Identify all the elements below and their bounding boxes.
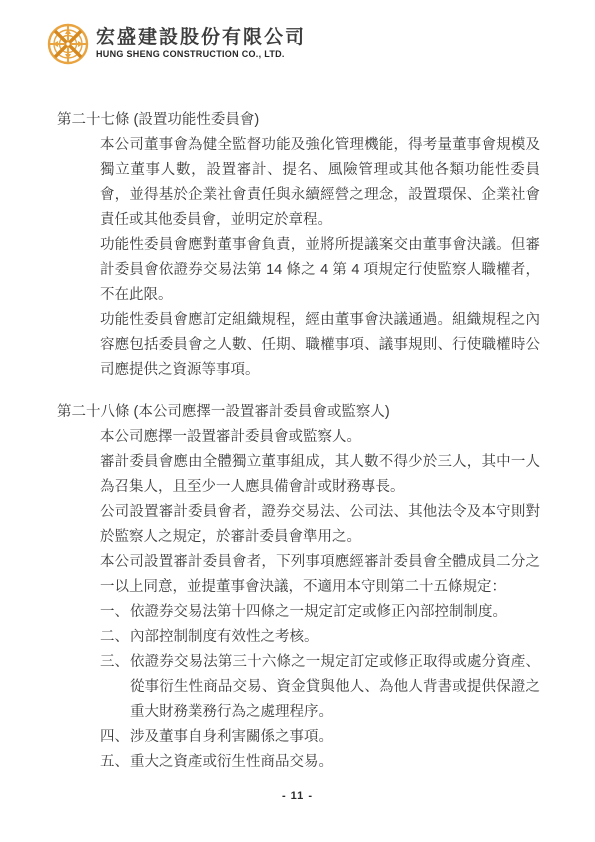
article-28-body: 本公司應擇一設置審計委員會或監察人。 審計委員會應由全體獨立董事組成，其人數不得… (100, 425, 540, 775)
article-paragraph: 本公司董事會為健全監督功能及強化管理機能，得考量董事會規模及獨立董事人數，設置審… (100, 133, 540, 233)
article-paragraph: 功能性委員會應訂定組織規程，經由董事會決議通過。組織規程之內容應包括委員會之人數… (100, 308, 540, 383)
company-logo-icon (47, 23, 89, 65)
article-28-numbered-list: 一、 依證券交易法第十四條之一規定訂定或修正內部控制制度。 二、 內部控制制度有… (100, 600, 540, 775)
list-item: 五、 重大之資產或衍生性商品交易。 (100, 750, 540, 775)
company-name-english: HUNG SHENG CONSTRUCTION CO., LTD. (96, 49, 306, 60)
list-item-marker: 五、 (100, 750, 130, 775)
list-item-text: 重大之資產或衍生性商品交易。 (130, 750, 540, 775)
list-item-text: 涉及董事自身利害關係之事項。 (130, 725, 540, 750)
list-item-marker: 二、 (100, 625, 130, 650)
article-paragraph: 本公司應擇一設置審計委員會或監察人。 (100, 425, 540, 450)
page-number: - 11 - (282, 790, 313, 802)
page-footer: - 11 - (0, 786, 595, 804)
list-item-text: 內部控制制度有效性之考核。 (130, 625, 540, 650)
article-paragraph: 功能性委員會應對董事會負責，並將所提議案交由董事會決議。但審計委員會依證券交易法… (100, 233, 540, 308)
list-item: 一、 依證券交易法第十四條之一規定訂定或修正內部控制制度。 (100, 600, 540, 625)
document-header: 宏盛建設股份有限公司 HUNG SHENG CONSTRUCTION CO., … (47, 23, 306, 65)
document-page: 宏盛建設股份有限公司 HUNG SHENG CONSTRUCTION CO., … (0, 0, 595, 842)
article-paragraph: 審計委員會應由全體獨立董事組成，其人數不得少於三人，其中一人為召集人，且至少一人… (100, 450, 540, 500)
article-28: 第二十八條 (本公司應擇一設置審計委員會或監察人) 本公司應擇一設置審計委員會或… (57, 400, 540, 775)
article-paragraph: 本公司設置審計委員會者，下列事項應經審計委員會全體成員二分之一以上同意，並提董事… (100, 550, 540, 600)
list-item-marker: 三、 (100, 650, 130, 725)
article-27-body: 本公司董事會為健全監督功能及強化管理機能，得考量董事會規模及獨立董事人數，設置審… (100, 133, 540, 383)
article-27: 第二十七條 (設置功能性委員會) 本公司董事會為健全監督功能及強化管理機能，得考… (57, 108, 540, 383)
list-item: 四、 涉及董事自身利害關係之事項。 (100, 725, 540, 750)
article-28-heading: 第二十八條 (本公司應擇一設置審計委員會或監察人) (57, 400, 540, 425)
list-item-text: 依證券交易法第十四條之一規定訂定或修正內部控制制度。 (130, 600, 540, 625)
sun-emblem-icon (47, 23, 89, 65)
list-item: 二、 內部控制制度有效性之考核。 (100, 625, 540, 650)
document-body: 第二十七條 (設置功能性委員會) 本公司董事會為健全監督功能及強化管理機能，得考… (57, 108, 540, 775)
company-names: 宏盛建設股份有限公司 HUNG SHENG CONSTRUCTION CO., … (96, 23, 306, 60)
list-item: 三、 依證券交易法第三十六條之一規定訂定或修正取得或處分資產、從事衍生性商品交易… (100, 650, 540, 725)
list-item-marker: 四、 (100, 725, 130, 750)
list-item-marker: 一、 (100, 600, 130, 625)
article-paragraph: 公司設置審計委員會者，證券交易法、公司法、其他法令及本守則對於監察人之規定，於審… (100, 500, 540, 550)
list-item-text: 依證券交易法第三十六條之一規定訂定或修正取得或處分資產、從事衍生性商品交易、資金… (130, 650, 540, 725)
company-name-chinese: 宏盛建設股份有限公司 (96, 27, 306, 49)
article-27-heading: 第二十七條 (設置功能性委員會) (57, 108, 540, 133)
